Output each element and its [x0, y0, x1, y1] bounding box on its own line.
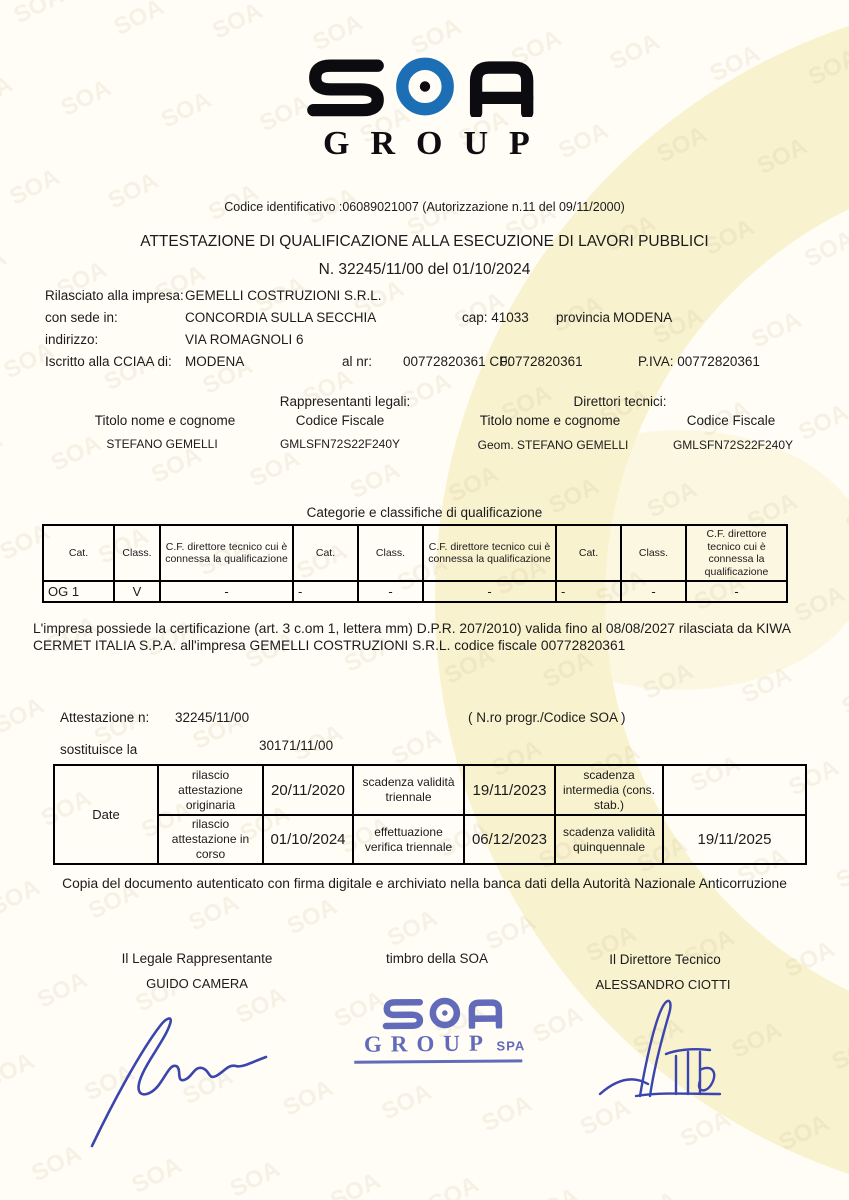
categorie-data-row: OG 1 V - - - - - - - — [43, 581, 787, 602]
stamp-letter-a — [471, 1003, 498, 1027]
soa-group-logo: GROUP — [302, 56, 548, 163]
date-row-1: Date rilascio attestazione originaria 20… — [54, 765, 806, 815]
date-cell-value: 19/11/2025 — [663, 815, 806, 864]
col-header-cat: Cat. — [556, 525, 621, 581]
certificate-page: SOA SOA GROUP Codice identificativo :060… — [0, 0, 849, 1200]
timbro-title: timbro della SOA — [386, 951, 488, 966]
sostituisce-number: 30171/11/00 — [259, 738, 333, 753]
legali-cf: GMLSFN72S22F240Y — [280, 437, 400, 451]
cell-classifica: - — [358, 581, 423, 602]
col-header-cf: C.F. direttore tecnico cui è connessa la… — [160, 525, 293, 581]
field-alnr-label: al nr: — [342, 354, 372, 369]
certificazione-paragraph: L'impresa possiede la certificazione (ar… — [33, 621, 825, 655]
cell-categoria: - — [556, 581, 621, 602]
legale-rappresentante-name: GUIDO CAMERA — [146, 976, 248, 991]
attestazione-label: Attestazione n: — [60, 710, 149, 725]
categorie-title: Categorie e classifiche di qualificazion… — [0, 505, 849, 520]
tecnici-col-name: Titolo nome e cognome — [480, 413, 621, 428]
tecnici-cf: GMLSFN72S22F240Y — [673, 438, 793, 452]
field-value: CONCORDIA SULLA SECCHIA — [185, 310, 376, 325]
legale-signature-icon — [80, 1000, 290, 1155]
soa-logo-icon — [302, 56, 548, 117]
field-label: Rilasciato alla impresa: — [45, 288, 184, 303]
logo-letter-s — [313, 66, 377, 110]
col-header-class: Class. — [358, 525, 423, 581]
field-provincia-label: provincia — [556, 310, 610, 325]
field-alnr-value: 00772820361 CF: — [403, 354, 511, 369]
logo-group-label: GROUP — [302, 125, 548, 163]
date-cell-label: scadenza validità quinquennale — [555, 815, 663, 864]
stamp-spa-label: SPA — [496, 1038, 525, 1053]
copia-note: Copia del documento autenticato con firm… — [0, 876, 849, 891]
sostituisce-label: sostituisce la — [60, 742, 137, 757]
codice-identificativo: Codice identificativo :06089021007 (Auto… — [0, 200, 849, 214]
stamp-group-label: GROUP — [364, 1031, 492, 1057]
attestazione-progr-note: ( N.ro progr./Codice SOA ) — [468, 710, 626, 725]
date-row-label: Date — [54, 765, 158, 864]
field-label: con sede in: — [45, 310, 118, 325]
direttore-tecnico-title: Il Direttore Tecnico — [609, 952, 721, 967]
field-cap: cap: 41033 — [462, 310, 529, 325]
direttore-tecnico-name: ALESSANDRO CIOTTI — [595, 977, 730, 992]
legale-rappresentante-title: Il Legale Rappresentante — [122, 951, 273, 966]
tecnici-col-cf: Codice Fiscale — [687, 413, 776, 428]
col-header-cat: Cat. — [43, 525, 114, 581]
logo-letter-a — [476, 68, 527, 113]
cell-cf: - — [423, 581, 556, 602]
date-cell-value: 01/10/2024 — [263, 815, 353, 864]
field-value: GEMELLI COSTRUZIONI S.R.L. — [185, 288, 382, 303]
tecnici-title: Direttori tecnici: — [573, 394, 666, 409]
date-cell-label: rilascio attestazione originaria — [158, 765, 263, 815]
soa-stamp: GROUP SPA — [352, 996, 538, 1064]
soa-stamp-logo-icon — [379, 996, 509, 1029]
document-title: ATTESTAZIONE DI QUALIFICAZIONE ALLA ESEC… — [0, 233, 849, 251]
date-table: Date rilascio attestazione originaria 20… — [53, 764, 807, 865]
field-piva: P.IVA: 00772820361 — [638, 354, 760, 369]
logo-letter-o-dot — [420, 81, 430, 91]
date-cell-label: effettuazione verifica triennale — [353, 815, 464, 864]
categorie-table: Cat. Class. C.F. direttore tecnico cui è… — [42, 524, 788, 603]
col-header-class: Class. — [114, 525, 160, 581]
legali-col-cf: Codice Fiscale — [296, 413, 385, 428]
date-cell-label: rilascio attestazione in corso — [158, 815, 263, 864]
stamp-text-line: GROUP SPA — [352, 1030, 537, 1058]
attestazione-number: 32245/11/00 — [175, 710, 249, 725]
date-row-2: rilascio attestazione in corso 01/10/202… — [54, 815, 806, 864]
col-header-cat: Cat. — [293, 525, 358, 581]
tecnici-name: Geom. STEFANO GEMELLI — [478, 438, 629, 452]
field-label: indirizzo: — [45, 332, 98, 347]
field-provincia-value: MODENA — [613, 310, 672, 325]
stamp-letter-s — [385, 1002, 419, 1026]
field-value: VIA ROMAGNOLI 6 — [185, 332, 304, 347]
field-value: MODENA — [185, 354, 244, 369]
cell-cf: - — [686, 581, 787, 602]
legali-title: Rappresentanti legali: — [280, 394, 411, 409]
date-cell-value: 19/11/2023 — [464, 765, 555, 815]
cell-categoria: OG 1 — [43, 581, 114, 602]
date-cell-value: 20/11/2020 — [263, 765, 353, 815]
categorie-header-row: Cat. Class. C.F. direttore tecnico cui è… — [43, 525, 787, 581]
document-number-line: N. 32245/11/00 del 01/10/2024 — [0, 261, 849, 279]
col-header-cf: C.F. direttore tecnico cui è connessa la… — [686, 525, 787, 581]
legali-col-name: Titolo nome e cognome — [95, 413, 236, 428]
stamp-underline — [354, 1059, 522, 1063]
cell-classifica: V — [114, 581, 160, 602]
field-cf-value: 00772820361 — [500, 354, 583, 369]
col-header-cf: C.F. direttore tecnico cui è connessa la… — [423, 525, 556, 581]
legali-name: STEFANO GEMELLI — [106, 437, 217, 451]
field-label: Iscritto alla CCIAA di: — [45, 354, 172, 369]
direttore-signature-icon — [592, 996, 737, 1108]
stamp-letter-o-dot — [442, 1010, 448, 1016]
cell-cf: - — [160, 581, 293, 602]
date-cell-value: 06/12/2023 — [464, 815, 555, 864]
date-cell-label: scadenza validità triennale — [353, 765, 464, 815]
col-header-class: Class. — [621, 525, 686, 581]
cell-categoria: - — [293, 581, 358, 602]
cell-classifica: - — [621, 581, 686, 602]
date-cell-label: scadenza intermedia (cons. stab.) — [555, 765, 663, 815]
date-cell-value — [663, 765, 806, 815]
